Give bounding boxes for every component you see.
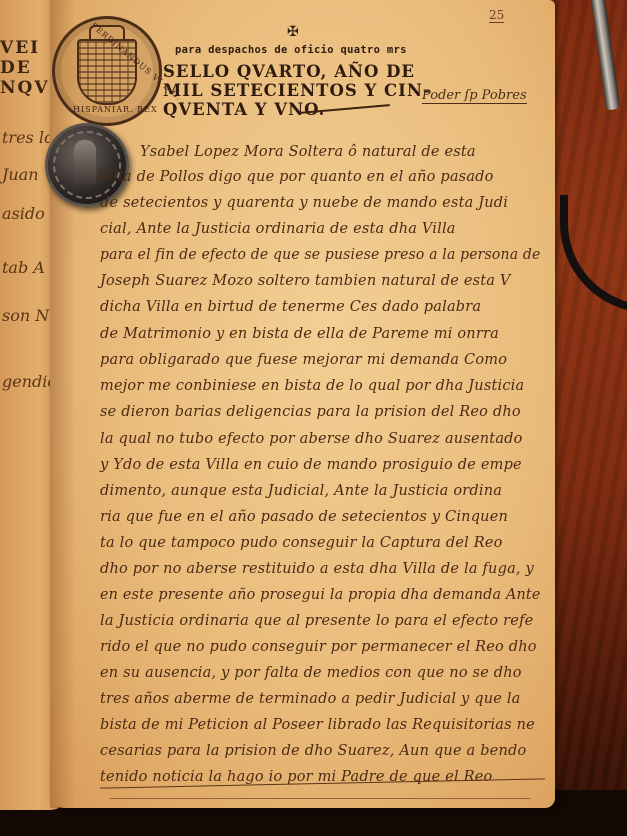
body-line: se dieron barias deligencias para la pri…: [100, 404, 521, 420]
body-line: para el fin de efecto de que se pusiese …: [100, 247, 540, 263]
body-line: en este presente año prosegui la propia …: [100, 587, 541, 603]
body-line: para obligarado que fuese mejorar mi dem…: [100, 352, 507, 368]
body-line: de Matrimonio y en bista de ella de Pare…: [100, 326, 499, 342]
body-line: dimento, aunque esta Judicial, Ante la J…: [100, 483, 502, 499]
left-handwriting-fragment: Juan: [2, 165, 39, 184]
margin-note: Poder ſp Pobres: [422, 88, 527, 104]
seal-legend-bottom: HISPANIAR. REX: [73, 105, 158, 114]
body-line: la Justicia ordinaria que al presente lo…: [100, 613, 533, 629]
left-handwriting-fragment: asido: [2, 204, 45, 223]
body-line: ta lo que tampoco pudo conseguir la Capt…: [100, 535, 503, 551]
stamp-subtitle: para despachos de oficio quatro mrs: [175, 44, 407, 56]
body-line: ria que fue en el año pasado de setecien…: [100, 509, 508, 525]
bottom-edge-line: [110, 798, 530, 799]
body-line: la qual no tubo efecto por aberse dho Su…: [100, 431, 523, 447]
body-line: dicha Villa en birtud de tenerme Ces dad…: [100, 299, 481, 315]
body-line: en su ausencia, y por falta de medios co…: [100, 665, 522, 681]
cross-icon: ✠: [287, 24, 299, 40]
body-line: bista de mi Peticion al Poseer librado l…: [100, 717, 535, 733]
body-line: tres años aberme de terminado a pedir Ju…: [100, 691, 521, 707]
body-line: Joseph Suarez Mozo soltero tambien natur…: [100, 273, 511, 289]
body-line: cial, Ante la Justicia ordinaria de esta…: [100, 221, 456, 237]
left-handwriting-fragment: gendio: [2, 372, 57, 391]
body-line: cesarias para la prision de dho Suarez, …: [100, 743, 526, 759]
stamp-line-3: QVENTA Y VNO.: [163, 102, 325, 119]
page-number: 25: [489, 8, 504, 23]
left-stamp-fragment: VEI: [0, 38, 40, 58]
body-line: y Ydo de esta Villa en cuio de mando pro…: [100, 457, 522, 473]
left-handwriting-fragment: tres lo: [2, 128, 54, 147]
body-line: rido el que no pudo conseguir por perman…: [100, 639, 537, 655]
coin-figure-icon: [74, 140, 96, 184]
body-line: Villa de Pollos digo que por quanto en e…: [98, 169, 494, 185]
left-stamp-fragment: NQV: [0, 78, 50, 98]
royal-seal-stamp: FERDINANDUS VI D.G. HISPANIAR. REX: [52, 16, 162, 126]
body-line: mejor me conbiniese en bista de lo qual …: [100, 378, 524, 394]
left-handwriting-fragment: tab A: [2, 258, 45, 277]
stamp-line-1: SELLO QVARTO, AÑO DE: [163, 64, 415, 81]
left-stamp-fragment: DE: [0, 58, 32, 78]
body-line: dho por no aberse restituido a esta dha …: [100, 561, 534, 577]
body-line: de setecientos y quarenta y nuebe de man…: [100, 195, 508, 211]
stamp-line-2: MIL SETECIENTOS Y CIN-: [163, 83, 431, 100]
body-line: Ysabel Lopez Mora Soltera ô natural de e…: [140, 144, 476, 160]
